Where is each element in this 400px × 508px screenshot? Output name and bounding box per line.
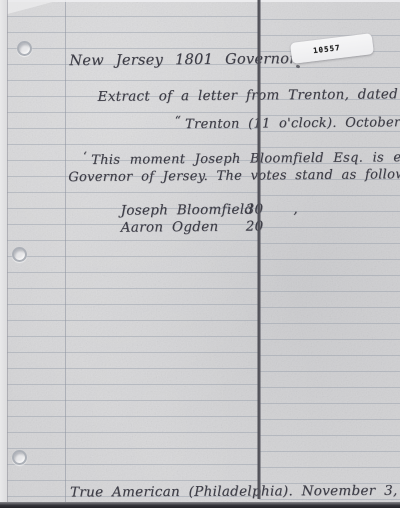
vote-row-ogden: Aaron Ogden20 — [121, 218, 294, 236]
open-quote-mark: ‘ — [83, 149, 87, 163]
intro-line: Extract of a letter from Trenton, dated — [98, 86, 399, 105]
vote-row-bloomfield: Joseph Bloomfield30, — [121, 201, 299, 219]
page-title: New Jersey 1801 Governor — [69, 51, 296, 69]
stray-comma: , — [293, 201, 298, 217]
scan-bottom-shadow-band — [0, 502, 400, 508]
body-line-1: ‘This moment Joseph Bloomfield Esq. is e… — [83, 150, 400, 168]
scanned-notebook-page: New Jersey 1801 Governor Extract of a le… — [0, 0, 400, 508]
handwriting-layer: New Jersey 1801 Governor Extract of a le… — [0, 0, 400, 508]
body-line-2: Governor of Jersey. The votes stand as f… — [68, 167, 400, 185]
dateline-text: Trenton (11 o'clock). October 31. — [185, 115, 400, 132]
source-citation: True American (Philadelphia). November 3… — [70, 483, 400, 501]
body-line-1-text: This moment Joseph Bloomfield Esq. is el… — [91, 150, 400, 168]
dateline: “Trenton (11 o'clock). October 31. — [175, 115, 400, 132]
page-fold-crease-line — [257, 0, 261, 499]
catalog-number: 10557 — [313, 43, 341, 55]
candidate-name: Aaron Ogden — [121, 219, 246, 236]
open-quote-mark: “ — [175, 113, 181, 127]
candidate-name: Joseph Bloomfield — [121, 202, 246, 219]
